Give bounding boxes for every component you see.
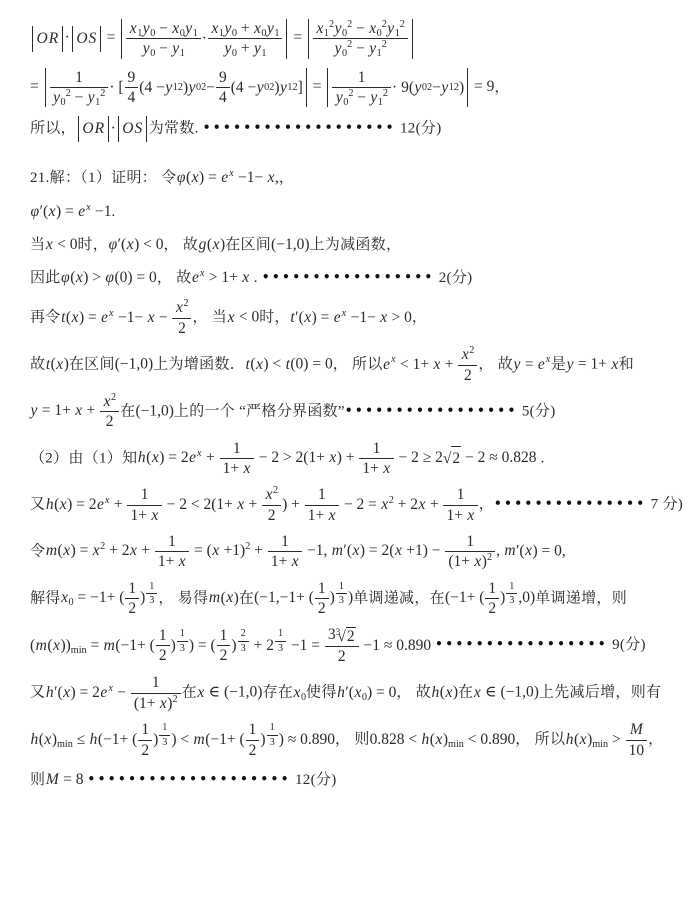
text-run: ， 则 [335, 732, 370, 748]
math-solution-page: { "page": { "background": "#ffffff", "te… [0, 0, 694, 914]
text-run: ， 故 [396, 685, 431, 701]
text-run: ， [412, 310, 427, 326]
math-expression: m(x) [208, 589, 238, 606]
math-expression: h(x) = 2ex + 11+ x − 2 > 2(1+ x) + 11+ x… [137, 449, 536, 466]
text-run: 时， [259, 310, 290, 326]
text-run: . [250, 270, 262, 286]
math-expression: φ(x) > φ(0) = 0 [61, 269, 157, 286]
document-line: h(x)min ≤ h(−1+ (12)13) < m(−1+ (12)13) … [30, 721, 670, 759]
dot-leader: ••••••••••••••• [494, 497, 647, 511]
document-line: 当x < 0时，φ′(x) < 0， 故g(x)在区间(−1,0)上为减函数， [30, 233, 670, 257]
math-expression: (−1,0) [115, 356, 153, 373]
math-expression: M = 8 [45, 771, 83, 788]
problem-20-conclusion: OR·OS = x1y0 − x0y1y0 − y1 · x1y0 + x0y1… [30, 19, 670, 142]
problem-21-solution: 21.解：（1）证明： 令φ(x) = ex −1− x,，φ′(x) = ex… [30, 166, 670, 792]
math-expression: (−1,0) [135, 402, 173, 419]
text-run: 存在 [262, 685, 293, 701]
math-expression: t(x) = ex −1− x − x22 [61, 309, 193, 326]
document-line: φ′(x) = ex −1. [30, 200, 670, 224]
text-run: 上为增函数． [153, 357, 245, 373]
math-expression: m(x) = x2 + 2x + 11+ x = (x +1)2 + 11+ x… [45, 542, 500, 559]
text-run: ， 所以 [333, 357, 383, 373]
text-run: ， 所以 [515, 732, 565, 748]
text-run: 解得 [30, 590, 61, 606]
math-expression: φ′(x) = ex −1 [30, 203, 112, 220]
document-line: 因此φ(x) > φ(0) = 0， 故ex > 1+ x . ••••••••… [30, 266, 670, 290]
text-run: 令 [30, 543, 45, 559]
math-expression: (−1,−1+ (12)13) [254, 589, 353, 606]
text-run: ， 当 [192, 310, 227, 326]
math-expression: y = ex [513, 356, 551, 373]
text-run: 是 [551, 357, 566, 373]
math-expression: t(x) < t(0) = 0 [245, 356, 333, 373]
math-expression: t(x) [45, 356, 69, 373]
text-run: 再令 [30, 310, 61, 326]
math-expression: h(x) = 2ex + 11+ x − 2 < 2(1+ x + x22) +… [45, 496, 478, 513]
text-run: 上先减后增，则有 [539, 685, 661, 701]
text-run: . [537, 450, 545, 466]
text-run: 当 [30, 237, 45, 253]
text-run: 时， [77, 237, 108, 253]
dot-leader: ••••••••••••••••••• [203, 121, 396, 135]
document-line: y = 1+ x + x22在(−1,0)上的一个 “严格分界函数”••••••… [30, 393, 670, 431]
document-line: 令m(x) = x2 + 2x + 11+ x = (x +1)2 + 11+ … [30, 533, 670, 571]
text-run: 又 [30, 685, 45, 701]
text-run: 9(分) [608, 638, 646, 654]
text-run: （2）由（1）知 [30, 450, 137, 466]
math-expression: x0 = −1+ (12)13 [61, 589, 159, 606]
text-run: 使得 [306, 685, 337, 701]
math-expression: (−1,0) [271, 236, 309, 253]
document-line: 所以，OR·OS为常数. ••••••••••••••••••• 12(分) [30, 116, 670, 142]
document-line: 则M = 8 •••••••••••••••••••• 12(分) [30, 768, 670, 792]
text-run: 在区间 [69, 357, 115, 373]
text-run: 12(分) [396, 121, 442, 137]
math-expression: x0 [293, 684, 306, 701]
text-run: ， 故 [164, 237, 199, 253]
math-expression: x < 0 [227, 309, 259, 326]
text-run: 上的一个 “严格分界函数” [174, 403, 345, 419]
math-expression: x < 0 [45, 236, 77, 253]
dot-leader: ••••••••••••••••• [262, 270, 435, 284]
dot-leader: ••••••••••••••••• [345, 403, 518, 417]
text-run: 在 [458, 685, 473, 701]
text-run: 又 [30, 497, 45, 513]
math-expression: h′(x0) = 0 [337, 684, 397, 701]
math-solution-document: OR·OS = x1y0 − x0y1y0 − y1 · x1y0 + x0y1… [30, 19, 670, 792]
text-run: 所以， [30, 121, 76, 137]
math-expression: ex > 1+ x [191, 269, 249, 286]
text-run: 故 [30, 357, 45, 373]
math-expression: φ′(x) < 0 [108, 236, 163, 253]
math-expression: OR·OS = x1y0 − x0y1y0 − y1 · x1y0 + x0y1… [30, 29, 415, 46]
dot-leader: ••••••••••••••••• [435, 638, 608, 652]
text-run: ， [648, 732, 663, 748]
text-run: 因此 [30, 270, 61, 286]
text-run: 单调递增，则 [535, 590, 627, 606]
text-run: ， 易得 [158, 590, 208, 606]
text-run: ， 故 [157, 270, 192, 286]
text-run: 单调递减，在 [353, 590, 445, 606]
math-expression: (−1+ (12)13,0) [445, 589, 535, 606]
text-run: 为常数. [149, 121, 203, 137]
math-expression: OR·OS [76, 120, 149, 137]
text-run: ， [479, 497, 494, 513]
math-expression: (m(x))min = m(−1+ (12)13) = (12)23 + 213… [30, 637, 431, 654]
math-expression: y = 1+ x [566, 356, 619, 373]
math-expression: h(x)min > M10 [565, 731, 648, 748]
text-run: 在 [120, 403, 135, 419]
text-run: 则 [30, 772, 45, 788]
math-expression: h′(x) = 2ex − 1(1+ x)2 [45, 684, 181, 701]
math-expression: = 1y02 − y12 · [94(4 − y12)y02 − 94(4 − … [30, 78, 494, 95]
math-expression: y = 1+ x + x22 [30, 402, 120, 419]
math-expression: ex < 1+ x + x22 [383, 356, 479, 373]
text-run: 5(分) [518, 403, 556, 419]
math-expression: t′(x) = ex −1− x > 0 [290, 309, 412, 326]
document-line: (m(x))min = m(−1+ (12)13) = (12)23 + 213… [30, 626, 670, 665]
document-line: 又h′(x) = 2ex − 1(1+ x)2在x ∈ (−1,0)存在x0使得… [30, 674, 670, 712]
text-run: 和 [619, 357, 634, 373]
text-run: 12(分) [291, 772, 337, 788]
math-expression: h(x)min ≤ h(−1+ (12)13) < m(−1+ (12)13) … [30, 731, 335, 748]
dot-leader: •••••••••••••••••••• [88, 772, 291, 786]
math-expression: 0.828 < h(x)min < 0.890 [370, 731, 516, 748]
math-expression: x ∈ (−1,0) [197, 684, 263, 701]
document-line: 又h(x) = 2ex + 11+ x − 2 < 2(1+ x + x22) … [30, 486, 670, 524]
document-line: （2）由（1）知h(x) = 2ex + 11+ x − 2 > 2(1+ x)… [30, 440, 670, 478]
text-run: 在 [182, 685, 197, 701]
text-run: 上为减函数， [310, 237, 402, 253]
math-expression: x ∈ (−1,0) [473, 684, 539, 701]
text-run: . [112, 204, 116, 220]
document-line: OR·OS = x1y0 − x0y1y0 − y1 · x1y0 + x0y1… [30, 19, 670, 59]
math-expression: m′(x) = 0, [500, 542, 566, 559]
document-line: 21.解：（1）证明： 令φ(x) = ex −1− x,， [30, 166, 670, 190]
text-run: 7 分) [647, 497, 684, 513]
document-line: 再令t(x) = ex −1− x − x22， 当x < 0时，t′(x) =… [30, 299, 670, 337]
text-run: ， 故 [478, 357, 513, 373]
text-run: ， [494, 79, 509, 95]
math-expression: h(x) [431, 684, 458, 701]
document-line: 解得x0 = −1+ (12)13， 易得m(x)在(−1,−1+ (12)13… [30, 580, 670, 618]
document-line: 故t(x)在区间(−1,0)上为增函数．t(x) < t(0) = 0， 所以e… [30, 346, 670, 384]
text-run: 21.解：（1）证明： 令 [30, 170, 176, 186]
math-expression: φ(x) = ex −1− x, [176, 169, 278, 186]
document-line: = 1y02 − y12 · [94(4 − y12)y02 − 94(4 − … [30, 68, 670, 108]
text-run: ， [279, 170, 294, 186]
text-run: 2(分) [435, 270, 473, 286]
math-expression: g(x) [198, 236, 225, 253]
text-run: 在区间 [225, 237, 271, 253]
text-run: 在 [239, 590, 254, 606]
